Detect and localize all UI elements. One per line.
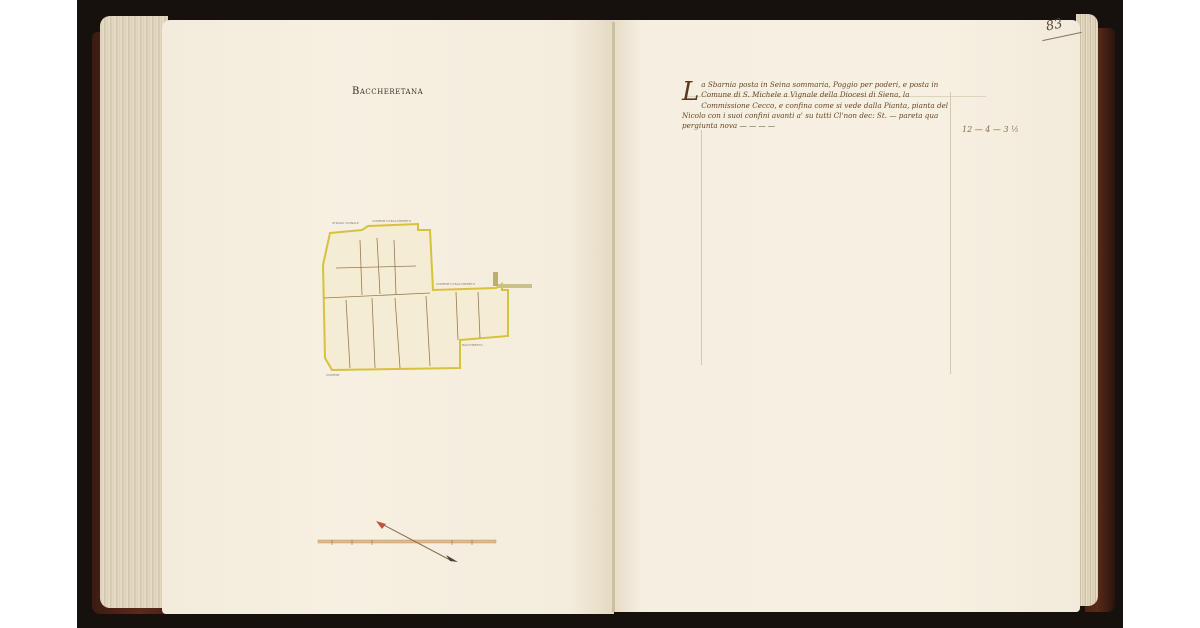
svg-text:CONFINE: CONFINE <box>326 373 340 377</box>
svg-text:STRADA VICINALE: STRADA VICINALE <box>332 221 359 225</box>
entry-text: a Sbarnia posta in Seina sommaria, Poggi… <box>682 80 948 130</box>
estate-map: STRADA VICINALE CONFINE DI BACCHERETO CO… <box>310 210 550 385</box>
page-edges-left <box>100 16 168 608</box>
plate-title: Baccheretana <box>352 86 423 97</box>
scale-bar-with-compass-arrow <box>312 515 512 570</box>
ruled-margin-left <box>701 130 702 365</box>
manuscript-entry: L a Sbarnia posta in Seina sommaria, Pog… <box>682 80 954 131</box>
book-gutter <box>612 22 615 612</box>
svg-text:BACCHERETO: BACCHERETO <box>462 343 483 347</box>
arrow-fletching-icon <box>376 521 386 529</box>
entry-amount: 12 — 4 — 3 ½ <box>962 125 1019 134</box>
svg-text:CONFINE DI BACCHERETO: CONFINE DI BACCHERETO <box>436 282 476 286</box>
svg-text:CONFINE DI BACCHERETO: CONFINE DI BACCHERETO <box>372 219 412 223</box>
ruled-margin-right <box>950 92 951 374</box>
decorated-initial: L <box>682 80 699 104</box>
